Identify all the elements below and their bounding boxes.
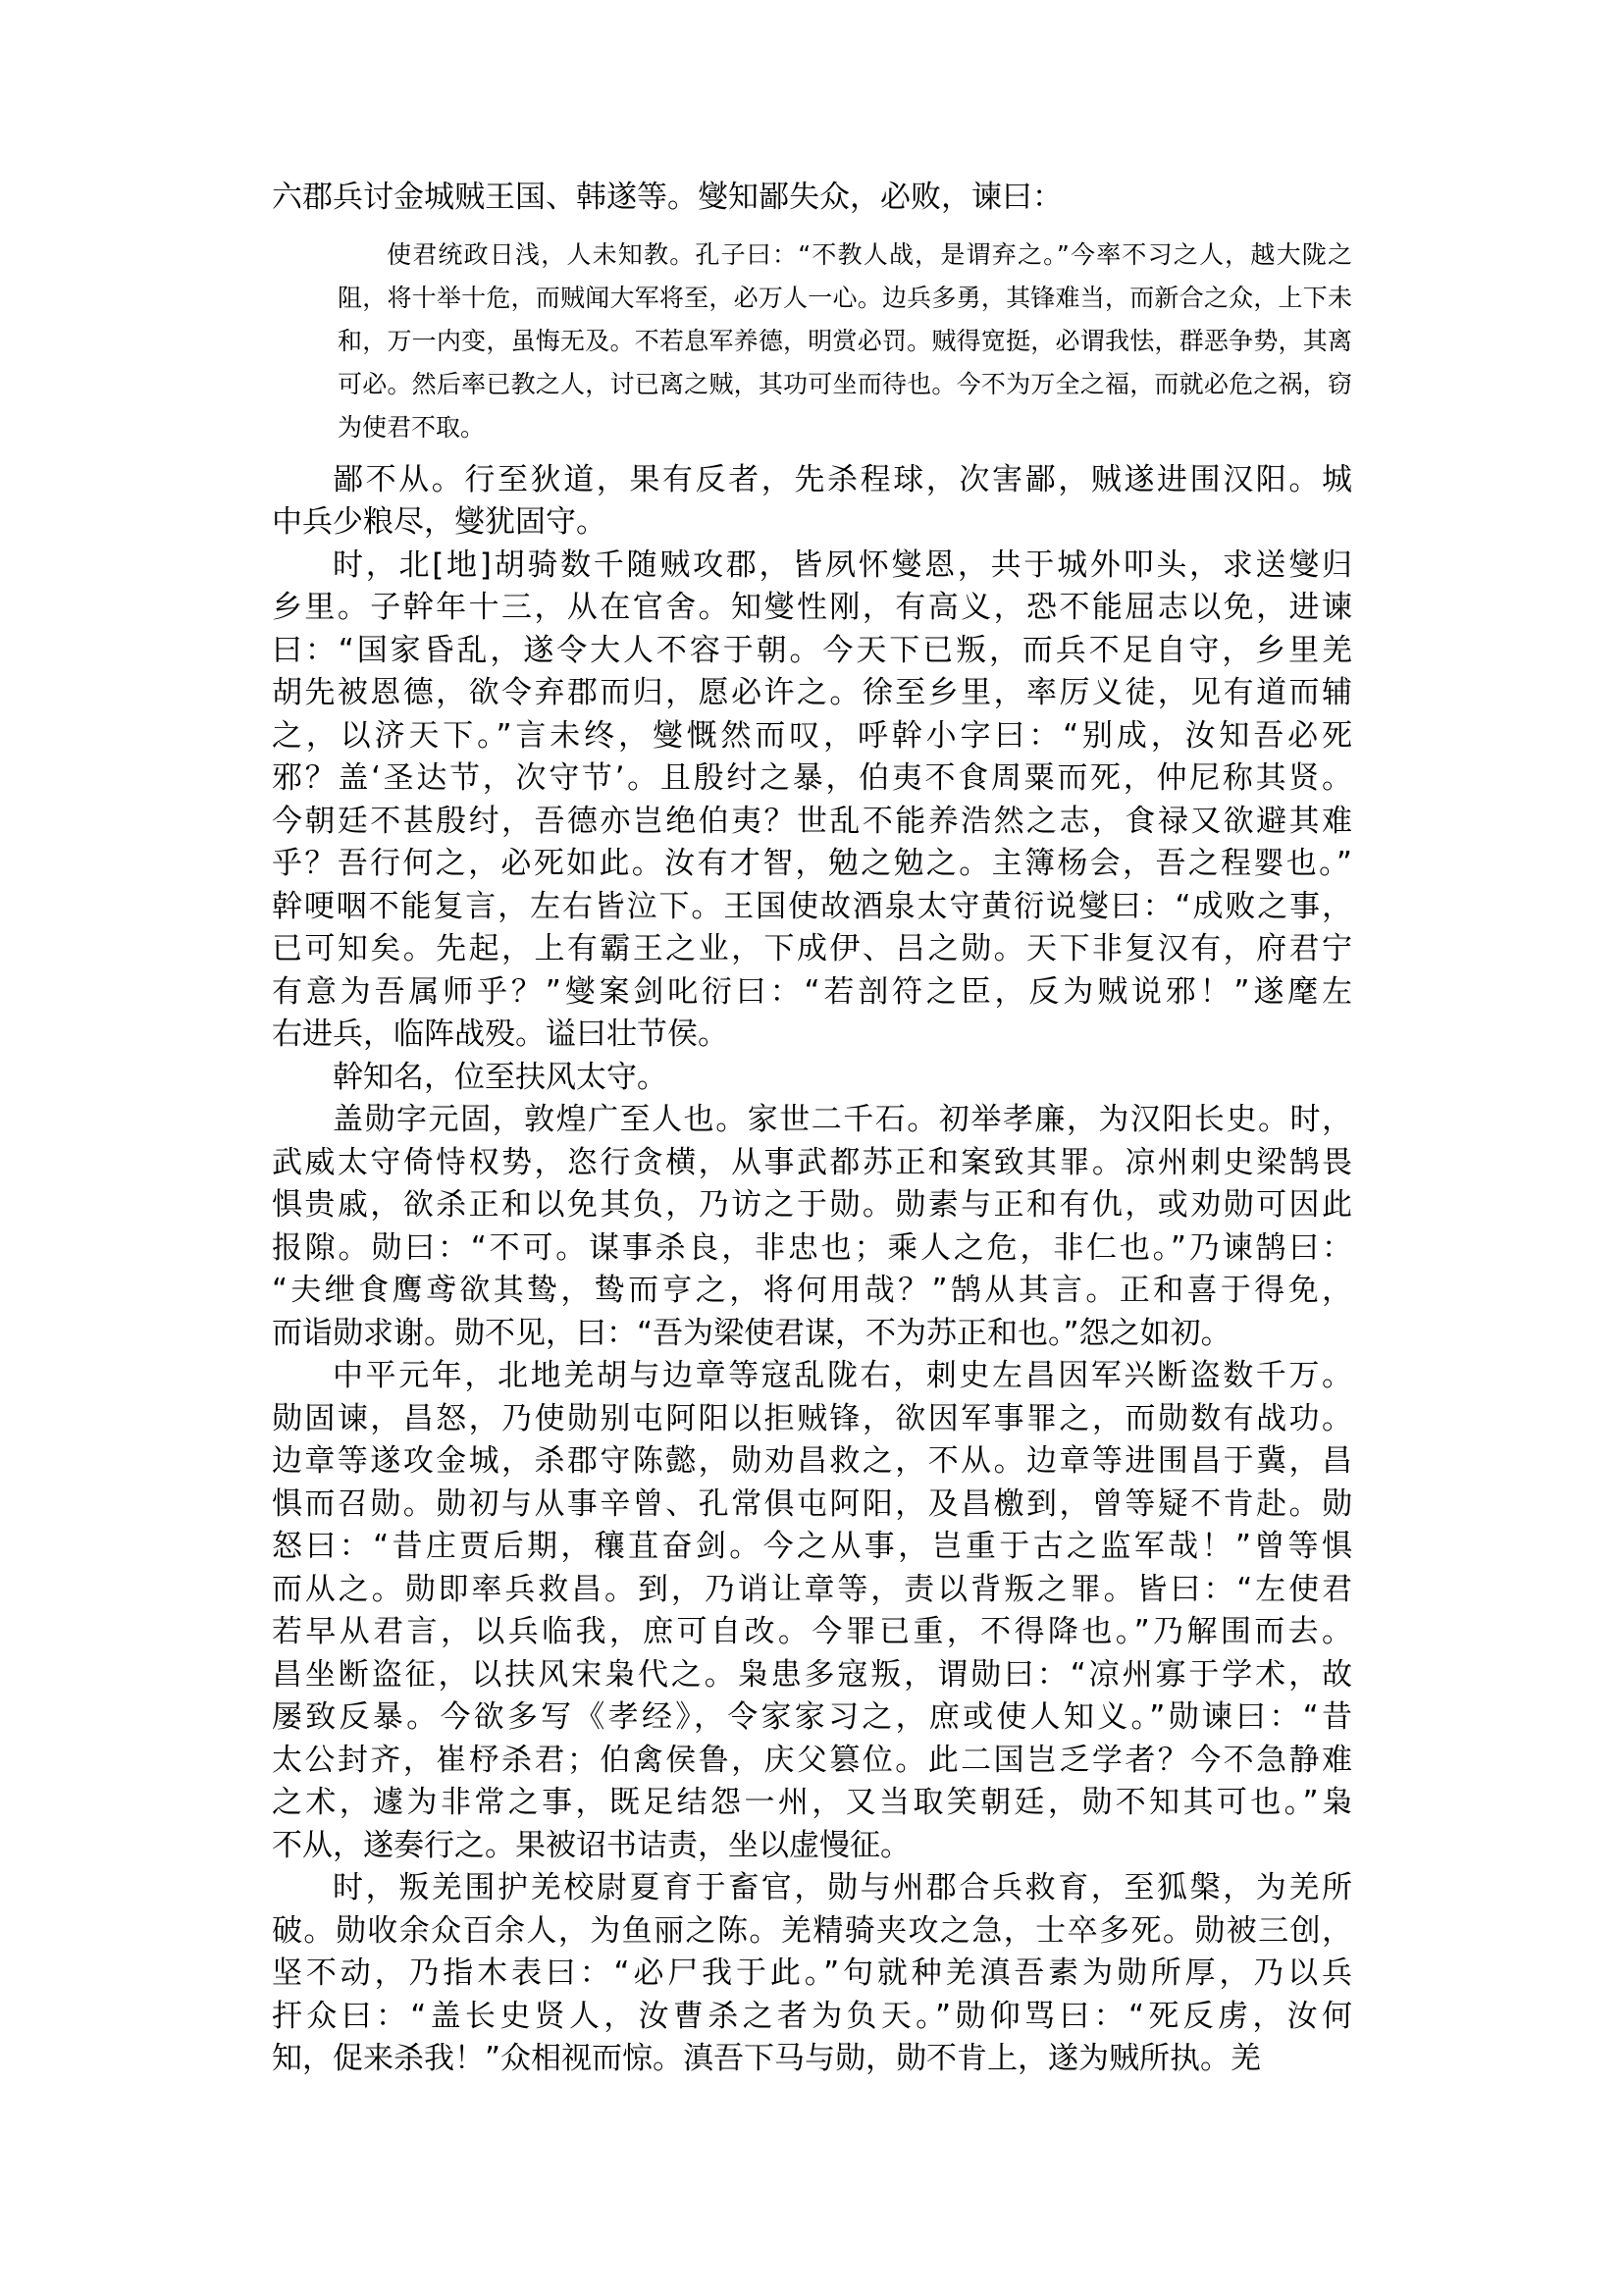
text-line: 阻，将十举十危，而贼闻大军将至，必万人一心。边兵多勇，其锋难当，而新合之众，上下… <box>338 277 1352 320</box>
text-line: 为使君不取。 <box>338 406 1352 449</box>
text-line: 报隙。勋曰：“不可。谋事杀良，非忠也；乘人之危，非仁也。”乃谏鹄曰： <box>272 1227 1352 1271</box>
text-line: 怒曰：“昔庄贾后期，穰苴奋剑。今之从事，岂重于古之监军哉！”曾等惧 <box>272 1526 1352 1569</box>
text-line: 可必。然后率已教之人，讨已离之贼，其功可坐而待也。今不为万全之福，而就必危之祸，… <box>338 363 1352 406</box>
text-line: 惧贵戚，欲杀正和以免其负，乃访之于勋。勋素与正和有仇，或劝勋可因此 <box>272 1184 1352 1227</box>
text-line: 不从，遂奏行之。果被诏书诘责，坐以虚慢征。 <box>272 1825 1352 1868</box>
text-line: 有意为吾属师乎？”燮案剑叱衍曰：“若剖符之臣，反为贼说邪！”遂麾左 <box>272 971 1352 1015</box>
text-line: 坚不动，乃指木表曰：“必尸我于此。”句就种羌滇吾素为勋所厚，乃以兵 <box>272 1953 1352 1996</box>
paragraph: 盖勋字元固，敦煌广至人也。家世二千石。初举孝廉，为汉阳长史。时，武威太守倚恃权势… <box>272 1099 1352 1355</box>
text-line: 破。勋收余众百余人，为鱼丽之陈。羌精骑夹攻之急，士卒多死。勋被三创， <box>272 1910 1352 1954</box>
paragraph: 时，北[地]胡骑数千随贼攻郡，皆夙怀燮恩，共于城外叩头，求送燮归乡里。子幹年十三… <box>272 545 1352 1057</box>
paragraph: 六郡兵讨金城贼王国、韩遂等。燮知鄙失众，必败，谏曰： <box>272 177 1352 220</box>
text-line: 鄙不从。行至狄道，果有反者，先杀程球，次害鄙，贼遂进围汉阳。城 <box>272 459 1352 502</box>
text-line: 幹哽咽不能复言，左右皆泣下。王国使故酒泉太守黄衍说燮曰：“成败之事， <box>272 886 1352 929</box>
text-line: 曰：“国家昏乱，遂令大人不容于朝。今天下已叛，而兵不足自守，乡里羌 <box>272 630 1352 673</box>
text-line: 时，叛羌围护羌校尉夏育于畜官，勋与州郡合兵救育，至狐槃，为羌所 <box>272 1867 1352 1910</box>
paragraph: 幹知名，位至扶风太守。 <box>272 1057 1352 1100</box>
block-quote: 使君统政日浅，人未知教。孔子曰：“不教人战，是谓弃之。”今率不习之人，越大陇之阻… <box>338 234 1352 449</box>
text-line: 若早从君言，以兵临我，庶可自改。今罪已重，不得降也。”乃解围而去。 <box>272 1611 1352 1654</box>
text-line: 惧而召勋。勋初与从事辛曾、孔常俱屯阿阳，及昌檄到，曾等疑不肯赴。勋 <box>272 1484 1352 1527</box>
paragraph: 中平元年，北地羌胡与边章等寇乱陇右，刺史左昌因军兴断盗数千万。勋固谏，昌怒，乃使… <box>272 1355 1352 1867</box>
text-line: 右进兵，临阵战殁。谥曰壮节侯。 <box>272 1014 1352 1057</box>
text-line: 太公封齐，崔杼杀君；伯禽侯鲁，庆父篡位。此二国岂乏学者？今不急静难 <box>272 1740 1352 1783</box>
text-line: 乡里。子幹年十三，从在官舍。知燮性刚，有高义，恐不能屈志以免，进谏 <box>272 587 1352 630</box>
paragraph: 鄙不从。行至狄道，果有反者，先杀程球，次害鄙，贼遂进围汉阳。城中兵少粮尽，燮犹固… <box>272 459 1352 545</box>
text-line: 之术，遽为非常之事，既足结怨一州，又当取笑朝廷，勋不知其可也。”枭 <box>272 1782 1352 1825</box>
text-line: 中平元年，北地羌胡与边章等寇乱陇右，刺史左昌因军兴断盗数千万。 <box>272 1355 1352 1398</box>
text-line: 乎？吾行何之，必死如此。汝有才智，勉之勉之。主簿杨会，吾之程婴也。” <box>272 843 1352 886</box>
text-line: 扞众曰：“盖长史贤人，汝曹杀之者为负天。”勋仰骂曰：“死反虏，汝何 <box>272 1996 1352 2039</box>
text-line: 邪？盖‘圣达节，次守节’。且殷纣之暴，伯夷不食周粟而死，仲尼称其贤。 <box>272 757 1352 801</box>
paragraph: 时，叛羌围护羌校尉夏育于畜官，勋与州郡合兵救育，至狐槃，为羌所破。勋收余众百余人… <box>272 1867 1352 2081</box>
text-line: 今朝廷不甚殷纣，吾德亦岂绝伯夷？世乱不能养浩然之志，食禄又欲避其难 <box>272 801 1352 844</box>
text-line: 而从之。勋即率兵救昌。到，乃诮让章等，责以背叛之罪。皆曰：“左使君 <box>272 1569 1352 1612</box>
text-line: 盖勋字元固，敦煌广至人也。家世二千石。初举孝廉，为汉阳长史。时， <box>272 1099 1352 1142</box>
text-line: 已可知矣。先起，上有霸王之业，下成伊、吕之勋。天下非复汉有，府君宁 <box>272 928 1352 971</box>
text-line: 勋固谏，昌怒，乃使勋别屯阿阳以拒贼锋，欲因军事罪之，而勋数有战功。 <box>272 1398 1352 1441</box>
text-line: 边章等遂攻金城，杀郡守陈懿，勋劝昌救之，不从。边章等进围昌于冀，昌 <box>272 1440 1352 1484</box>
document-page: 六郡兵讨金城贼王国、韩遂等。燮知鄙失众，必败，谏曰：使君统政日浅，人未知教。孔子… <box>0 0 1624 2294</box>
text-line: 时，北[地]胡骑数千随贼攻郡，皆夙怀燮恩，共于城外叩头，求送燮归 <box>272 545 1352 588</box>
text-line: 六郡兵讨金城贼王国、韩遂等。燮知鄙失众，必败，谏曰： <box>272 177 1352 220</box>
text-content: 六郡兵讨金城贼王国、韩遂等。燮知鄙失众，必败，谏曰：使君统政日浅，人未知教。孔子… <box>272 177 1352 2081</box>
text-line: 和，万一内变，虽悔无及。不若息军养德，明赏必罚。贼得宽挺，必谓我怯，群恶争势，其… <box>338 320 1352 363</box>
text-line: 而诣勋求谢。勋不见，曰：“吾为梁使君谋，不为苏正和也。”怨之如初。 <box>272 1313 1352 1356</box>
text-line: “夫绁食鹰鸢欲其鸷，鸷而亨之，将何用哉？”鹄从其言。正和喜于得免， <box>272 1270 1352 1313</box>
text-line: 幹知名，位至扶风太守。 <box>272 1057 1352 1100</box>
text-line: 之，以济天下。”言未终，燮慨然而叹，呼幹小字曰：“别成，汝知吾必死 <box>272 715 1352 758</box>
text-line: 昌坐断盗征，以扶风宋枭代之。枭患多寇叛，谓勋曰：“凉州寡于学术，故 <box>272 1654 1352 1697</box>
text-line: 屡致反暴。今欲多写《孝经》，令家家习之，庶或使人知义。”勋谏曰：“昔 <box>272 1696 1352 1740</box>
text-line: 知，促来杀我！”众相视而惊。滇吾下马与勋，勋不肯上，遂为贼所执。羌 <box>272 2038 1352 2081</box>
text-line: 中兵少粮尽，燮犹固守。 <box>272 501 1352 545</box>
text-line: 胡先被恩德，欲令弃郡而归，愿必许之。徐至乡里，率厉义徒，见有道而辅 <box>272 672 1352 715</box>
text-line: 武威太守倚恃权势，恣行贪横，从事武都苏正和案致其罪。凉州刺史梁鹄畏 <box>272 1142 1352 1185</box>
text-line: 使君统政日浅，人未知教。孔子曰：“不教人战，是谓弃之。”今率不习之人，越大陇之 <box>338 234 1352 277</box>
